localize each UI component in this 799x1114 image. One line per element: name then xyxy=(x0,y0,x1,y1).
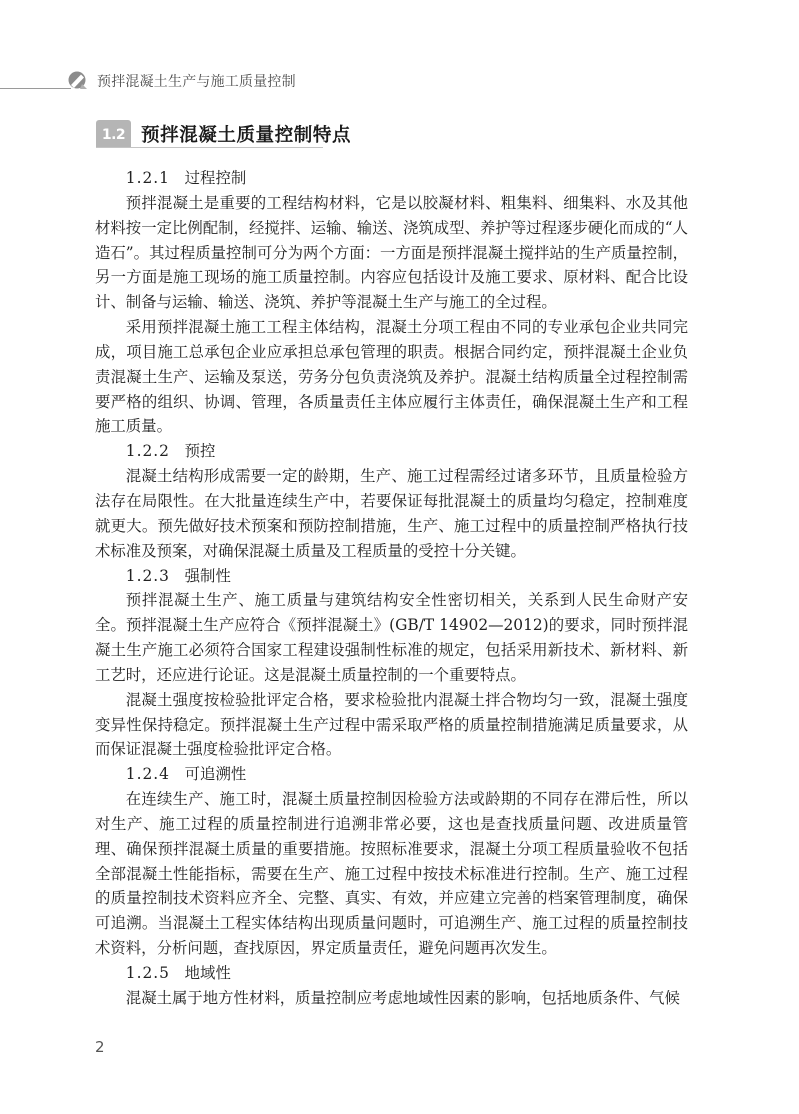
paragraph: 预拌混凝土是重要的工程结构材料，它是以胶凝材料、粗集料、细集料、水及其他材料按一… xyxy=(95,191,688,315)
running-header: 预拌混凝土生产与施工质量控制 xyxy=(0,68,400,98)
section-heading: 1.2 预拌混凝土质量控制特点 xyxy=(96,120,326,148)
subsection-number: 1.2.3 xyxy=(126,567,170,585)
subsection-title: 地域性 xyxy=(185,964,231,982)
paragraph: 在连续生产、施工时，混凝土质量控制因检验方法或龄期的不同存在滞后性，所以对生产、… xyxy=(95,787,688,961)
subsection-title: 过程控制 xyxy=(185,169,247,187)
subsection-heading: 1.2.3 强制性 xyxy=(95,564,688,589)
paragraph: 混凝土强度按检验批评定合格，要求检验批内混凝土拌合物均匀一致，混凝土强度变异性保… xyxy=(95,688,688,763)
header-rule xyxy=(0,88,71,89)
paragraph: 预拌混凝土生产、施工质量与建筑结构安全性密切相关，关系到人民生命财产安全。预拌混… xyxy=(95,588,688,687)
paragraph: 采用预拌混凝土施工工程主体结构，混凝土分项工程由不同的专业承包企业共同完成，项目… xyxy=(95,315,688,439)
subsection-number: 1.2.2 xyxy=(126,442,170,460)
section-underline xyxy=(96,147,323,148)
subsection-heading: 1.2.1 过程控制 xyxy=(95,166,688,191)
subsection-title: 预控 xyxy=(185,442,216,460)
paragraph: 混凝土属于地方性材料，质量控制应考虑地域性因素的影响，包括地质条件、气候 xyxy=(95,986,688,1011)
running-header-title: 预拌混凝土生产与施工质量控制 xyxy=(97,71,296,91)
subsection-number: 1.2.5 xyxy=(126,964,170,982)
subsection-title: 强制性 xyxy=(185,567,231,585)
paragraph: 混凝土结构形成需要一定的龄期，生产、施工过程需经过诸多环节，且质量检验方法存在局… xyxy=(95,464,688,563)
subsection-title: 可追溯性 xyxy=(185,765,247,783)
subsection-number: 1.2.1 xyxy=(126,169,170,187)
subsection-heading: 1.2.2 预控 xyxy=(95,439,688,464)
section-number-badge: 1.2 xyxy=(96,120,131,148)
subsection-heading: 1.2.4 可追溯性 xyxy=(95,762,688,787)
section-title: 预拌混凝土质量控制特点 xyxy=(141,121,351,147)
subsection-heading: 1.2.5 地域性 xyxy=(95,961,688,986)
subsection-number: 1.2.4 xyxy=(126,765,170,783)
body-text: 1.2.1 过程控制 预拌混凝土是重要的工程结构材料，它是以胶凝材料、粗集料、细… xyxy=(95,166,688,1011)
page-number: 2 xyxy=(95,1038,105,1056)
pencil-eraser-icon xyxy=(67,70,89,92)
